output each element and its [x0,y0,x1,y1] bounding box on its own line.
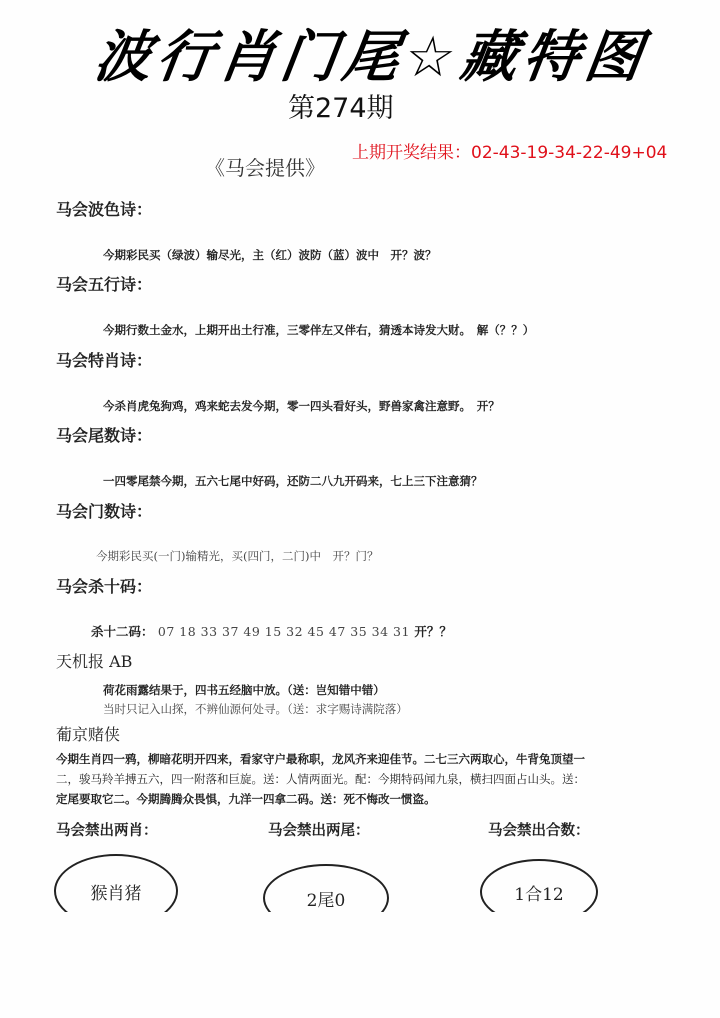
five-elements-heading: 马会五行诗： [56,274,152,296]
provider-label: 《马会提供》 [205,153,325,183]
ban-zodiac-oval-wrap: 猴肖猪 [52,852,180,912]
ban-sum-value: 1合12 [514,880,563,905]
five-elements-poem: 今期行数土金水，上期开出土行准，三零伴左又伴右，猜透本诗发大财。 解（？？） [103,321,534,339]
macau-gambler-text: 今期生肖四一鸦，柳暗花明开四来，看家守户最称职，龙风齐来迎佳节。二七三六两取心，… [56,749,676,809]
wave-color-heading: 马会波色诗： [56,199,152,221]
tail-number-heading: 马会尾数诗： [56,425,152,447]
macau-gambler-line-2: 二，骏马羚羊搏五六，四一附落和巨旋。送：人情两面光。配：今期特码闻九泉，横扫四面… [56,769,676,789]
issue-number: 第274期 [288,92,394,126]
door-number-heading: 马会门数诗： [56,501,152,523]
last-result-label: 上期开奖结果： [352,143,471,163]
page-title: 波行肖门尾☆藏特图 [89,18,620,98]
kill-ten-heading: 马会杀十码： [56,576,152,598]
macau-gambler-line-1: 今期生肖四一鸦，柳暗花明开四来，看家守户最称职，龙风齐来迎佳节。二七三六两取心，… [56,749,676,769]
ban-sum-label: 马会禁出合数： [488,821,590,841]
ban-tail-value: 2尾0 [307,886,346,911]
last-result-numbers: 02-43-19-34-22-49+04 [471,143,667,163]
last-result: 上期开奖结果：02-43-19-34-22-49+04 [352,141,667,165]
ban-sum-oval: 1合12 [480,859,598,912]
ban-tail-oval-wrap: 2尾0 [261,862,391,912]
wave-color-poem: 今期彩民买（绿波）输尽光，主（红）波防（蓝）波中 开？波？ [103,246,437,264]
ban-tail-oval: 2尾0 [263,864,389,912]
kill-ten-label: 杀十二码： [91,624,154,639]
tianji-heading: 天机报 AB [56,651,132,673]
kill-ten-line: 杀十二码： 07 18 33 37 49 15 32 45 47 35 34 3… [91,623,452,641]
ban-sum-oval-wrap: 1合12 [478,857,600,912]
macau-gambler-heading: 葡京赌侠 [56,724,120,746]
tianji-line-2: 当时只记入山探，不辨仙源何处寻。（送：求字赐诗满院落） [103,700,408,718]
macau-gambler-line-3: 定尾要取它二。今期腾腾众畏惧，九洋一四拿二码。送：死不悔改一惯盗。 [56,789,676,809]
tail-number-poem: 一四零尾禁今期，五六七尾中好码，还防二八九开码来，七上三下注意猜？ [103,472,483,490]
special-zodiac-poem: 今杀肖虎兔狗鸡，鸡来蛇去发今期，零一四头看好头，野兽家禽注意野。 开？ [103,397,500,415]
ban-zodiac-value: 猴肖猪 [91,879,142,904]
kill-ten-numbers: 07 18 33 37 49 15 32 45 47 35 34 31 [158,624,410,639]
kill-ten-suffix: 开？？ [414,624,452,639]
ban-tail-label: 马会禁出两尾： [268,821,370,841]
ban-zodiac-oval: 猴肖猪 [54,854,178,912]
tianji-line-1: 荷花雨露结果于，四书五经脑中放。（送：岂知错中错） [103,681,385,699]
door-number-poem: 今期彩民买(一门)输精光，买(四门，二门)中 开？门？ [96,547,378,565]
ban-zodiac-label: 马会禁出两肖： [56,821,158,841]
special-zodiac-heading: 马会特肖诗： [56,350,152,372]
